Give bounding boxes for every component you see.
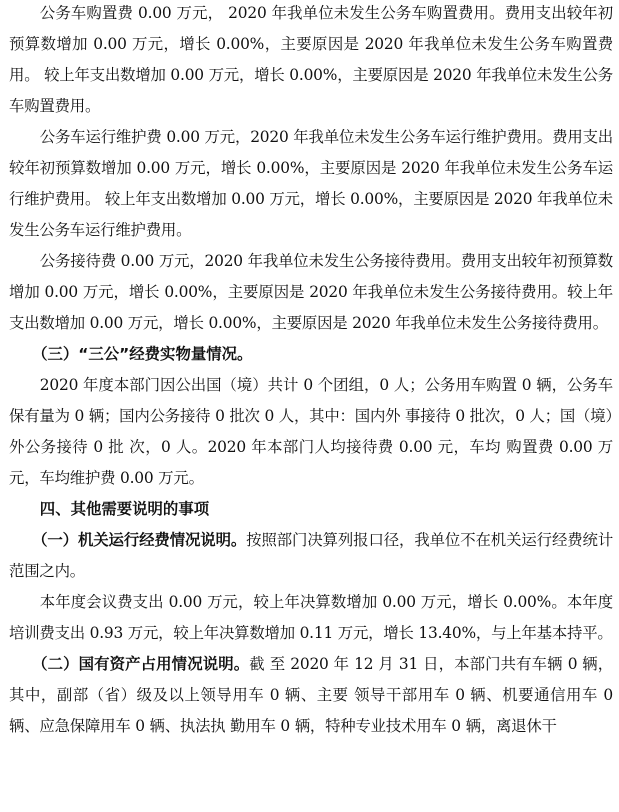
paragraph-reception: 公务接待费 0.00 万元，2020 年我单位未发生公务接待费用。费用支出较年初… <box>9 246 613 339</box>
paragraph-meeting-training: 本年度会议费支出 0.00 万元，较上年决算数增加 0.00 万元，增长 0.0… <box>9 587 613 649</box>
paragraph-operating-expenses: （一）机关运行经费情况说明。按照部门决算列报口径，我单位不在机关运行经费统计范围… <box>9 525 613 587</box>
paragraph-state-assets: （二）国有资产占用情况说明。截 至 2020 年 12 月 31 日，本部门共有… <box>9 649 613 742</box>
lead-state-assets: （二）国有资产占用情况说明。 <box>32 655 249 673</box>
paragraph-vehicle-purchase: 公务车购置费 0.00 万元， 2020 年我单位未发生公务车购置费用。费用支出… <box>9 0 613 122</box>
section-heading-other-matters: 四、其他需要说明的事项 <box>9 494 613 525</box>
lead-operating-expenses: （一）机关运行经费情况说明。 <box>32 531 246 549</box>
paragraph-vehicle-maintenance: 公务车运行维护费 0.00 万元，2020 年我单位未发生公务车运行维护费用。费… <box>9 122 613 246</box>
section-heading-three-public-physical: （三）“三公”经费实物量情况。 <box>9 339 613 370</box>
document-page: 公务车购置费 0.00 万元， 2020 年我单位未发生公务车购置费用。费用支出… <box>9 0 613 742</box>
paragraph-physical-quantity: 2020 年度本部门因公出国（境）共计 0 个团组，0 人；公务用车购置 0 辆… <box>9 370 613 494</box>
